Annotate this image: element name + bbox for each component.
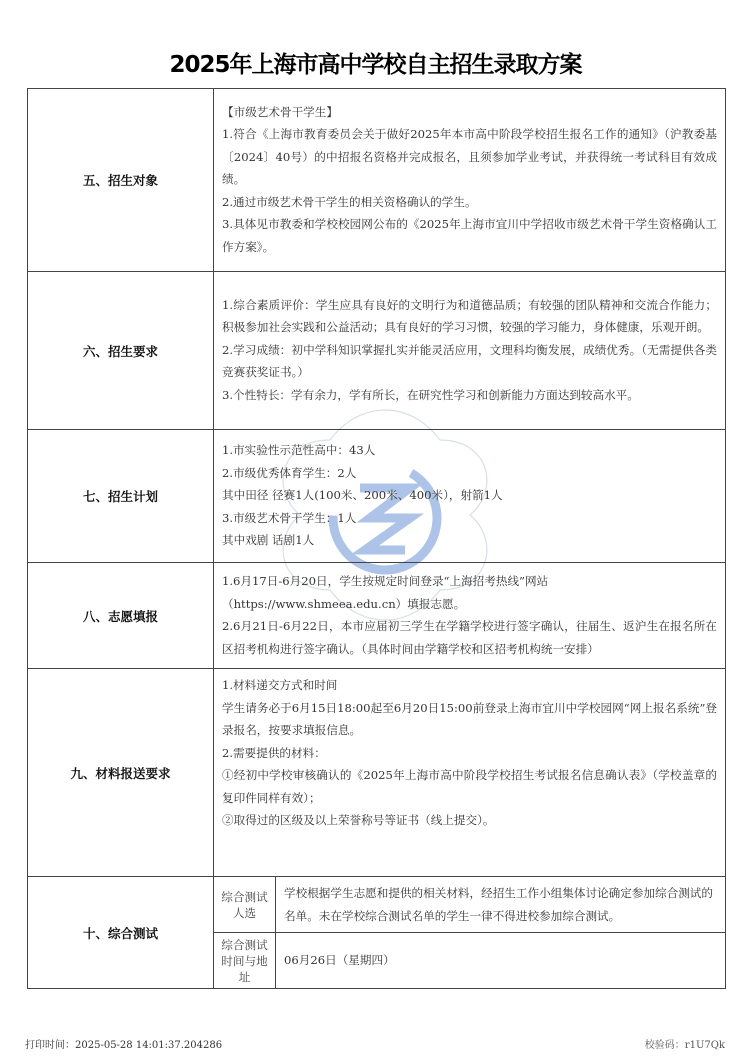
content-line: 1.市实验性示范性高中：43人 [222, 439, 717, 462]
sub-label: 综合测试时间与地址 [214, 933, 276, 989]
content-line: ①经初中学校审核确认的《2025年上海市高中阶段学校招生考试报名信息确认表》（学… [222, 764, 717, 809]
section-content: 1.6月17日-6月20日，学生按规定时间登录“上海招考热线”网站 （https… [214, 563, 726, 669]
content-line: 2.6月21日-6月22日，本市应届初三学生在学籍学校进行签字确认，往届生、返沪… [222, 615, 717, 660]
section-row-materials: 九、材料报送要求 1.材料递交方式和时间 学生请务必于6月15日18:00起至6… [28, 669, 726, 877]
content-line: 2.需要提供的材料： [222, 742, 717, 765]
content-line: 3.市级艺术骨干学生：1人 [222, 507, 717, 530]
section-row-comprehensive-test: 十、综合测试 综合测试人选 学校根据学生志愿和提供的相关材料，经招生工作小组集体… [28, 877, 726, 933]
content-line: 【市级艺术骨干学生】 [222, 101, 717, 124]
section-content: 1.材料递交方式和时间 学生请务必于6月15日18:00起至6月20日15:00… [214, 669, 726, 877]
section-row-application: 八、志愿填报 1.6月17日-6月20日，学生按规定时间登录“上海招考热线”网站… [28, 563, 726, 669]
content-line: 2.学习成绩：初中学科知识掌握扎实并能灵活应用，文理科均衡发展，成绩优秀。（无需… [222, 339, 717, 384]
content-line: 1.6月17日-6月20日，学生按规定时间登录“上海招考热线”网站 [222, 570, 717, 593]
section-row-recruit-plan: 七、招生计划 1.市实验性示范性高中：43人 2.市级优秀体育学生：2人 其中田… [28, 430, 726, 563]
content-line: （https://www.shmeea.edu.cn）填报志愿。 [222, 593, 717, 616]
content-line: 其中田径 径赛1人(100米、200米、400米），射箭1人 [222, 484, 717, 507]
content-line: 学生请务必于6月15日18:00起至6月20日15:00前登录上海市宜川中学校园… [222, 697, 717, 742]
section-content: 1.综合素质评价：学生应具有良好的文明行为和道德品质；有较强的团队精神和交流合作… [214, 272, 726, 430]
sub-content: 学校根据学生志愿和提供的相关材料，经招生工作小组集体讨论确定参加综合测试的名单。… [276, 877, 726, 933]
sub-content: 06月26日（星期四） [276, 933, 726, 989]
section-label: 十、综合测试 [28, 877, 214, 989]
content-line: 3.个性特长：学有余力，学有所长，在研究性学习和创新能力方面达到较高水平。 [222, 384, 717, 407]
print-time: 打印时间：2025-05-28 14:01:37.204286 [25, 1036, 222, 1051]
content-line: 2.通过市级艺术骨干学生的相关资格确认的学生。 [222, 191, 717, 214]
section-label: 六、招生要求 [28, 272, 214, 430]
admission-plan-table: 五、招生对象 【市级艺术骨干学生】 1.符合《上海市教育委员会关于做好2025年… [27, 88, 726, 989]
section-label: 九、材料报送要求 [28, 669, 214, 877]
check-code: 校验码：r1U7Qk [645, 1036, 725, 1051]
section-row-recruit-target: 五、招生对象 【市级艺术骨干学生】 1.符合《上海市教育委员会关于做好2025年… [28, 89, 726, 272]
document-title: 2025年上海市高中学校自主招生录取方案 [0, 46, 751, 79]
sub-label: 综合测试人选 [214, 877, 276, 933]
content-line: 1.综合素质评价：学生应具有良好的文明行为和道德品质；有较强的团队精神和交流合作… [222, 294, 717, 339]
content-line: 其中戏剧 话剧1人 [222, 529, 717, 552]
content-line: 1.符合《上海市教育委员会关于做好2025年本市高中阶段学校招生报名工作的通知》… [222, 123, 717, 191]
content-line: 2.市级优秀体育学生：2人 [222, 462, 717, 485]
content-line: ②取得过的区级及以上荣誉称号等证书（线上提交）。 [222, 809, 717, 832]
content-line: 3.具体见市教委和学校校园网公布的《2025年上海市宜川中学招收市级艺术骨干学生… [222, 213, 717, 258]
section-row-recruit-requirements: 六、招生要求 1.综合素质评价：学生应具有良好的文明行为和道德品质；有较强的团队… [28, 272, 726, 430]
section-label: 七、招生计划 [28, 430, 214, 563]
section-content: 【市级艺术骨干学生】 1.符合《上海市教育委员会关于做好2025年本市高中阶段学… [214, 89, 726, 272]
section-label: 八、志愿填报 [28, 563, 214, 669]
section-content: 1.市实验性示范性高中：43人 2.市级优秀体育学生：2人 其中田径 径赛1人(… [214, 430, 726, 563]
content-line: 1.材料递交方式和时间 [222, 674, 717, 697]
section-label: 五、招生对象 [28, 89, 214, 272]
